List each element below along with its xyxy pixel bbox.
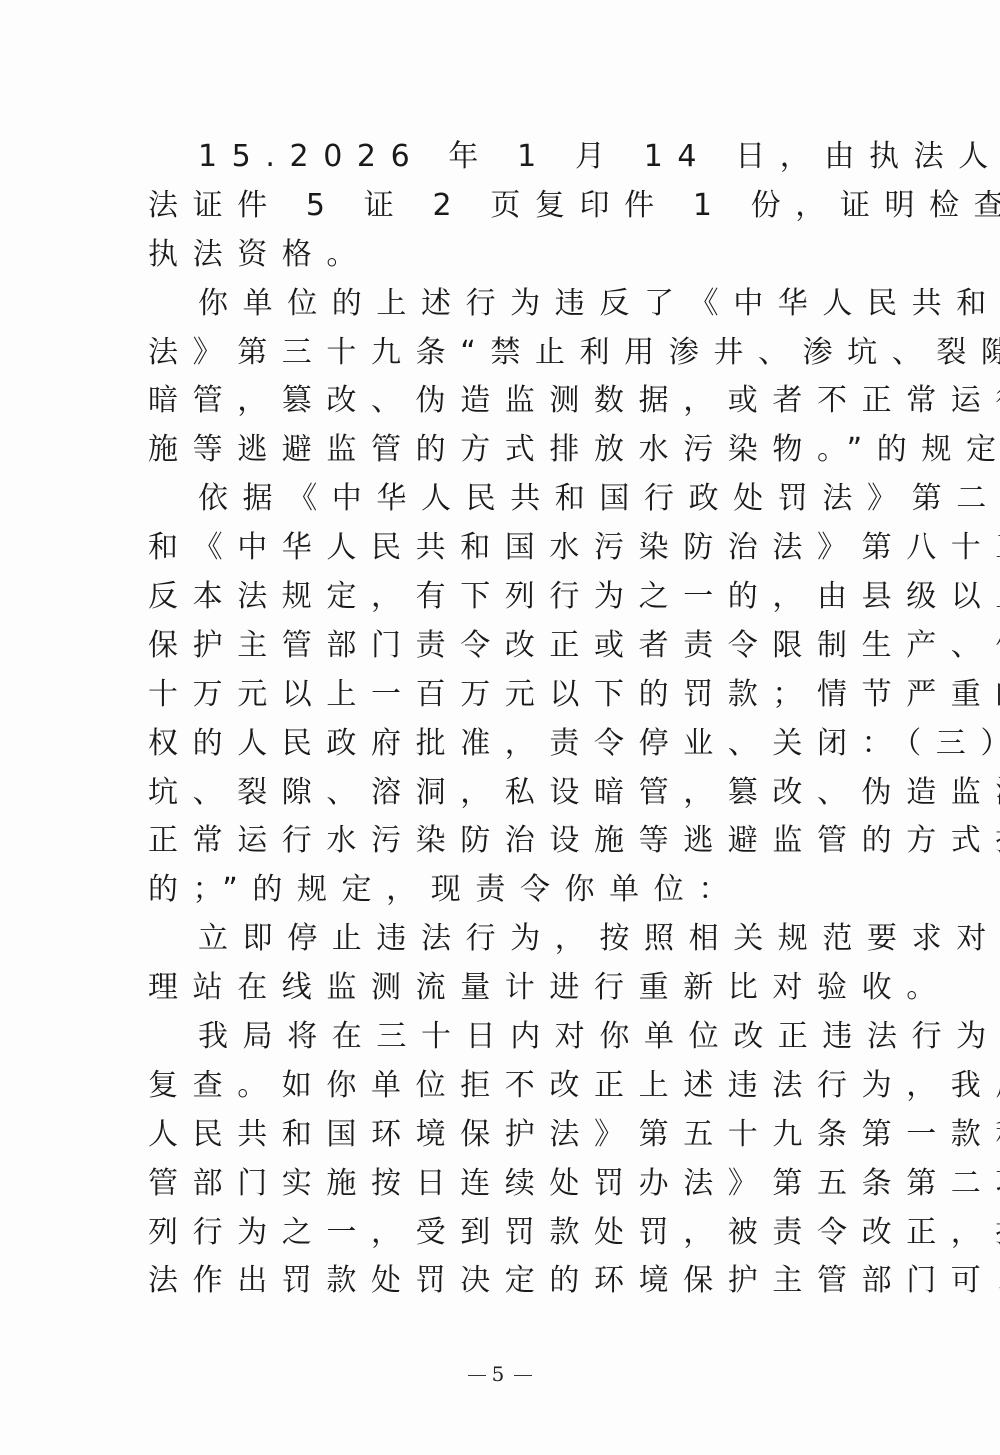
text-line: 执法资格。 xyxy=(148,231,868,280)
paragraph-legal-basis: 依据《中华人民共和国行政处罚法》第二十八条第一款 和《中华人民共和国水污染防治法… xyxy=(148,475,868,915)
text-line: 你单位的上述行为违反了《中华人民共和国水污染防治 xyxy=(148,280,868,329)
text-line: 的；”的规定，现责令你单位： xyxy=(148,866,868,915)
paragraph-evidence-15: 15.2026 年 1 月 14 日，由执法人员任柄林提供的行政执 法证件 5 … xyxy=(148,133,868,280)
text-line: 施等逃避监管的方式排放水污染物。”的规定。 xyxy=(148,426,868,475)
text-line: 管部门实施按日连续处罚办法》第五条第二项“排污者有下 xyxy=(148,1160,868,1209)
text-line: 保护主管部门责令改正或者责令限制生产、停产整治，并处 xyxy=(148,622,868,671)
text-line: 权的人民政府批准，责令停业、关闭：（三）利用渗井、渗 xyxy=(148,720,868,769)
page-number-value: 5 xyxy=(492,1362,509,1386)
document-page: 15.2026 年 1 月 14 日，由执法人员任柄林提供的行政执 法证件 5 … xyxy=(0,0,1000,1455)
document-body: 15.2026 年 1 月 14 日，由执法人员任柄林提供的行政执 法证件 5 … xyxy=(148,133,868,1306)
page-number-dash-left xyxy=(468,1375,486,1377)
text-line: 坑、裂隙、溶洞，私设暗管，篡改、伪造监测数据，或者不 xyxy=(148,769,868,818)
text-line: 正常运行水污染防治设施等逃避监管的方式排放水污染物 xyxy=(148,817,868,866)
text-line: 法作出罚款处罚决定的环境保护主管部门可以实施按日连 xyxy=(148,1257,868,1306)
text-line: 依据《中华人民共和国行政处罚法》第二十八条第一款 xyxy=(148,475,868,524)
text-line: 我局将在三十日内对你单位改正违法行为的情况进行 xyxy=(148,1013,868,1062)
text-line: 复查。如你单位拒不改正上述违法行为，我局将按照《中华 xyxy=(148,1062,868,1111)
text-line: 和《中华人民共和国水污染防治法》第八十三条第三项“违 xyxy=(148,524,868,573)
text-line: 法证件 5 证 2 页复印件 1 份，证明检查时执法人员具有相应 xyxy=(148,182,868,231)
text-line: 人民共和国环境保护法》第五十九条第一款和《环境保护主 xyxy=(148,1111,868,1160)
paragraph-violation-statement: 你单位的上述行为违反了《中华人民共和国水污染防治 法》第三十九条“禁止利用渗井、… xyxy=(148,280,868,476)
page-number: 5 xyxy=(0,1362,1000,1386)
paragraph-review-notice: 我局将在三十日内对你单位改正违法行为的情况进行 复查。如你单位拒不改正上述违法行… xyxy=(148,1013,868,1306)
text-line: 十万元以上一百万元以下的罚款；情节严重的，报经有批准 xyxy=(148,671,868,720)
text-line: 15.2026 年 1 月 14 日，由执法人员任柄林提供的行政执 xyxy=(148,133,868,182)
paragraph-order: 立即停止违法行为，按照相关规范要求对你单位污水处 理站在线监测流量计进行重新比对… xyxy=(148,915,868,1013)
page-number-dash-right xyxy=(514,1375,532,1377)
text-line: 理站在线监测流量计进行重新比对验收。 xyxy=(148,964,868,1013)
text-line: 立即停止违法行为，按照相关规范要求对你单位污水处 xyxy=(148,915,868,964)
text-line: 列行为之一，受到罚款处罚，被责令改正，拒不改正的，依 xyxy=(148,1209,868,1258)
text-line: 暗管，篡改、伪造监测数据，或者不正常运行水污染防治设 xyxy=(148,377,868,426)
text-line: 法》第三十九条“禁止利用渗井、渗坑、裂隙、溶洞，私设 xyxy=(148,329,868,378)
text-line: 反本法规定，有下列行为之一的，由县级以上人民政府环境 xyxy=(148,573,868,622)
